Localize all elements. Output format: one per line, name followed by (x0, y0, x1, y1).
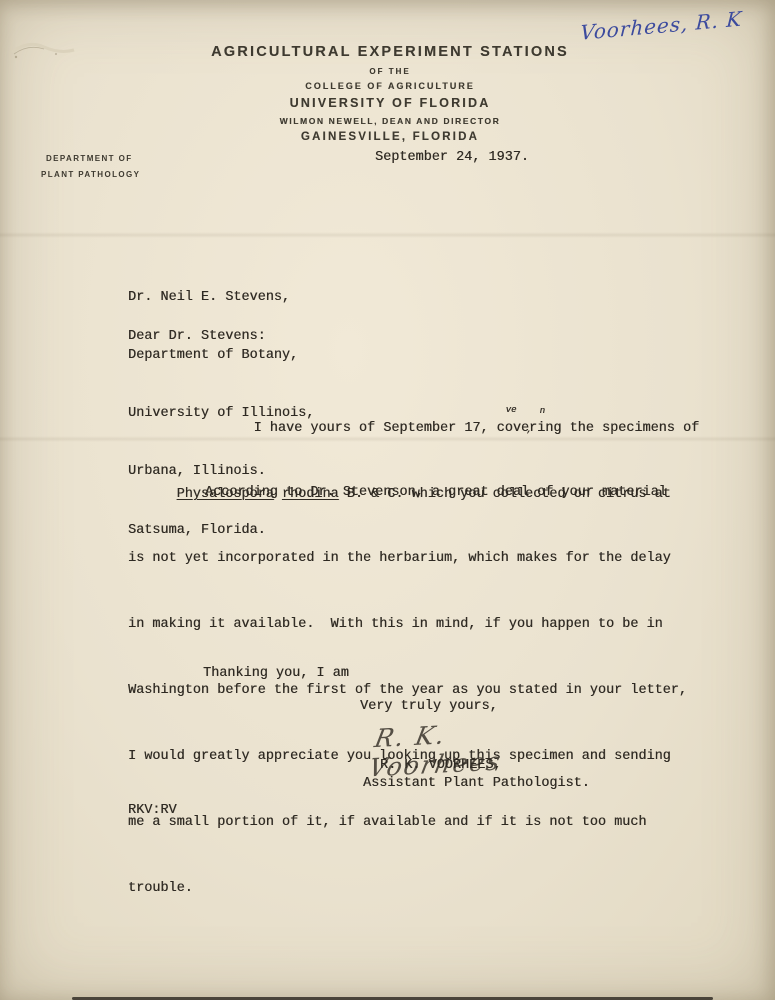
pencil-correction-mark: n (540, 407, 545, 416)
body-line: I have yours of September 17, coveringve… (128, 384, 699, 414)
letterhead: AGRICULTURAL EXPERIMENT STATIONS OF THE … (140, 44, 640, 143)
date-line: September 24, 1937. (375, 150, 529, 165)
body-line: trouble. (128, 874, 687, 904)
recipient-name: Dr. Neil E. Stevens, (128, 288, 314, 307)
corrected-word: coveringven, (497, 414, 562, 444)
closing-thanking-line: Thanking you, I am (203, 666, 349, 681)
signer-typed-name: R. K. VOORHEES, (380, 758, 502, 773)
letterhead-title: AGRICULTURAL EXPERIMENT STATIONS (140, 44, 640, 60)
signer-typed-title: Assistant Plant Pathologist. (363, 776, 590, 791)
body-line: is not yet incorporated in the herbarium… (128, 544, 687, 574)
letterhead-university: UNIVERSITY OF FLORIDA (140, 96, 640, 110)
department-line-2: PLANT PATHOLOGY (41, 170, 140, 179)
letter-page: Voorhees, R. K AGRICULTURAL EXPERIMENT S… (0, 0, 775, 1000)
body-line: me a small portion of it, if available a… (128, 808, 687, 838)
body-line: According to Dr. Stevenson, a great deal… (128, 478, 687, 508)
department-block: DEPARTMENT OF PLANT PATHOLOGY (46, 154, 140, 179)
typist-reference-initials: RKV:RV (128, 803, 177, 818)
letterhead-city: GAINESVILLE, FLORIDA (140, 131, 640, 143)
handwritten-filing-annotation: Voorhees, R. K (580, 3, 775, 45)
salutation: Dear Dr. Stevens: (128, 329, 266, 344)
pencil-correction-mark: , (527, 426, 532, 435)
pencil-correction-mark: ve (506, 406, 517, 415)
letterhead-college: COLLEGE OF AGRICULTURE (140, 81, 640, 91)
letterhead-dean-line: WILMON NEWELL, DEAN AND DIRECTOR (140, 116, 640, 126)
valediction: Very truly yours, (360, 699, 498, 714)
fold-crease (0, 232, 775, 238)
letterhead-of-the: OF THE (140, 67, 640, 76)
paper-crease-mark (4, 30, 94, 70)
body-line: in making it available. With this in min… (128, 610, 687, 640)
p1-line1-post: the specimens of (561, 421, 699, 436)
paragraph-2: According to Dr. Stevenson, a great deal… (128, 442, 687, 940)
department-line-1: DEPARTMENT OF (46, 154, 140, 163)
p1-line1-pre: I have yours of September 17, (254, 421, 497, 436)
